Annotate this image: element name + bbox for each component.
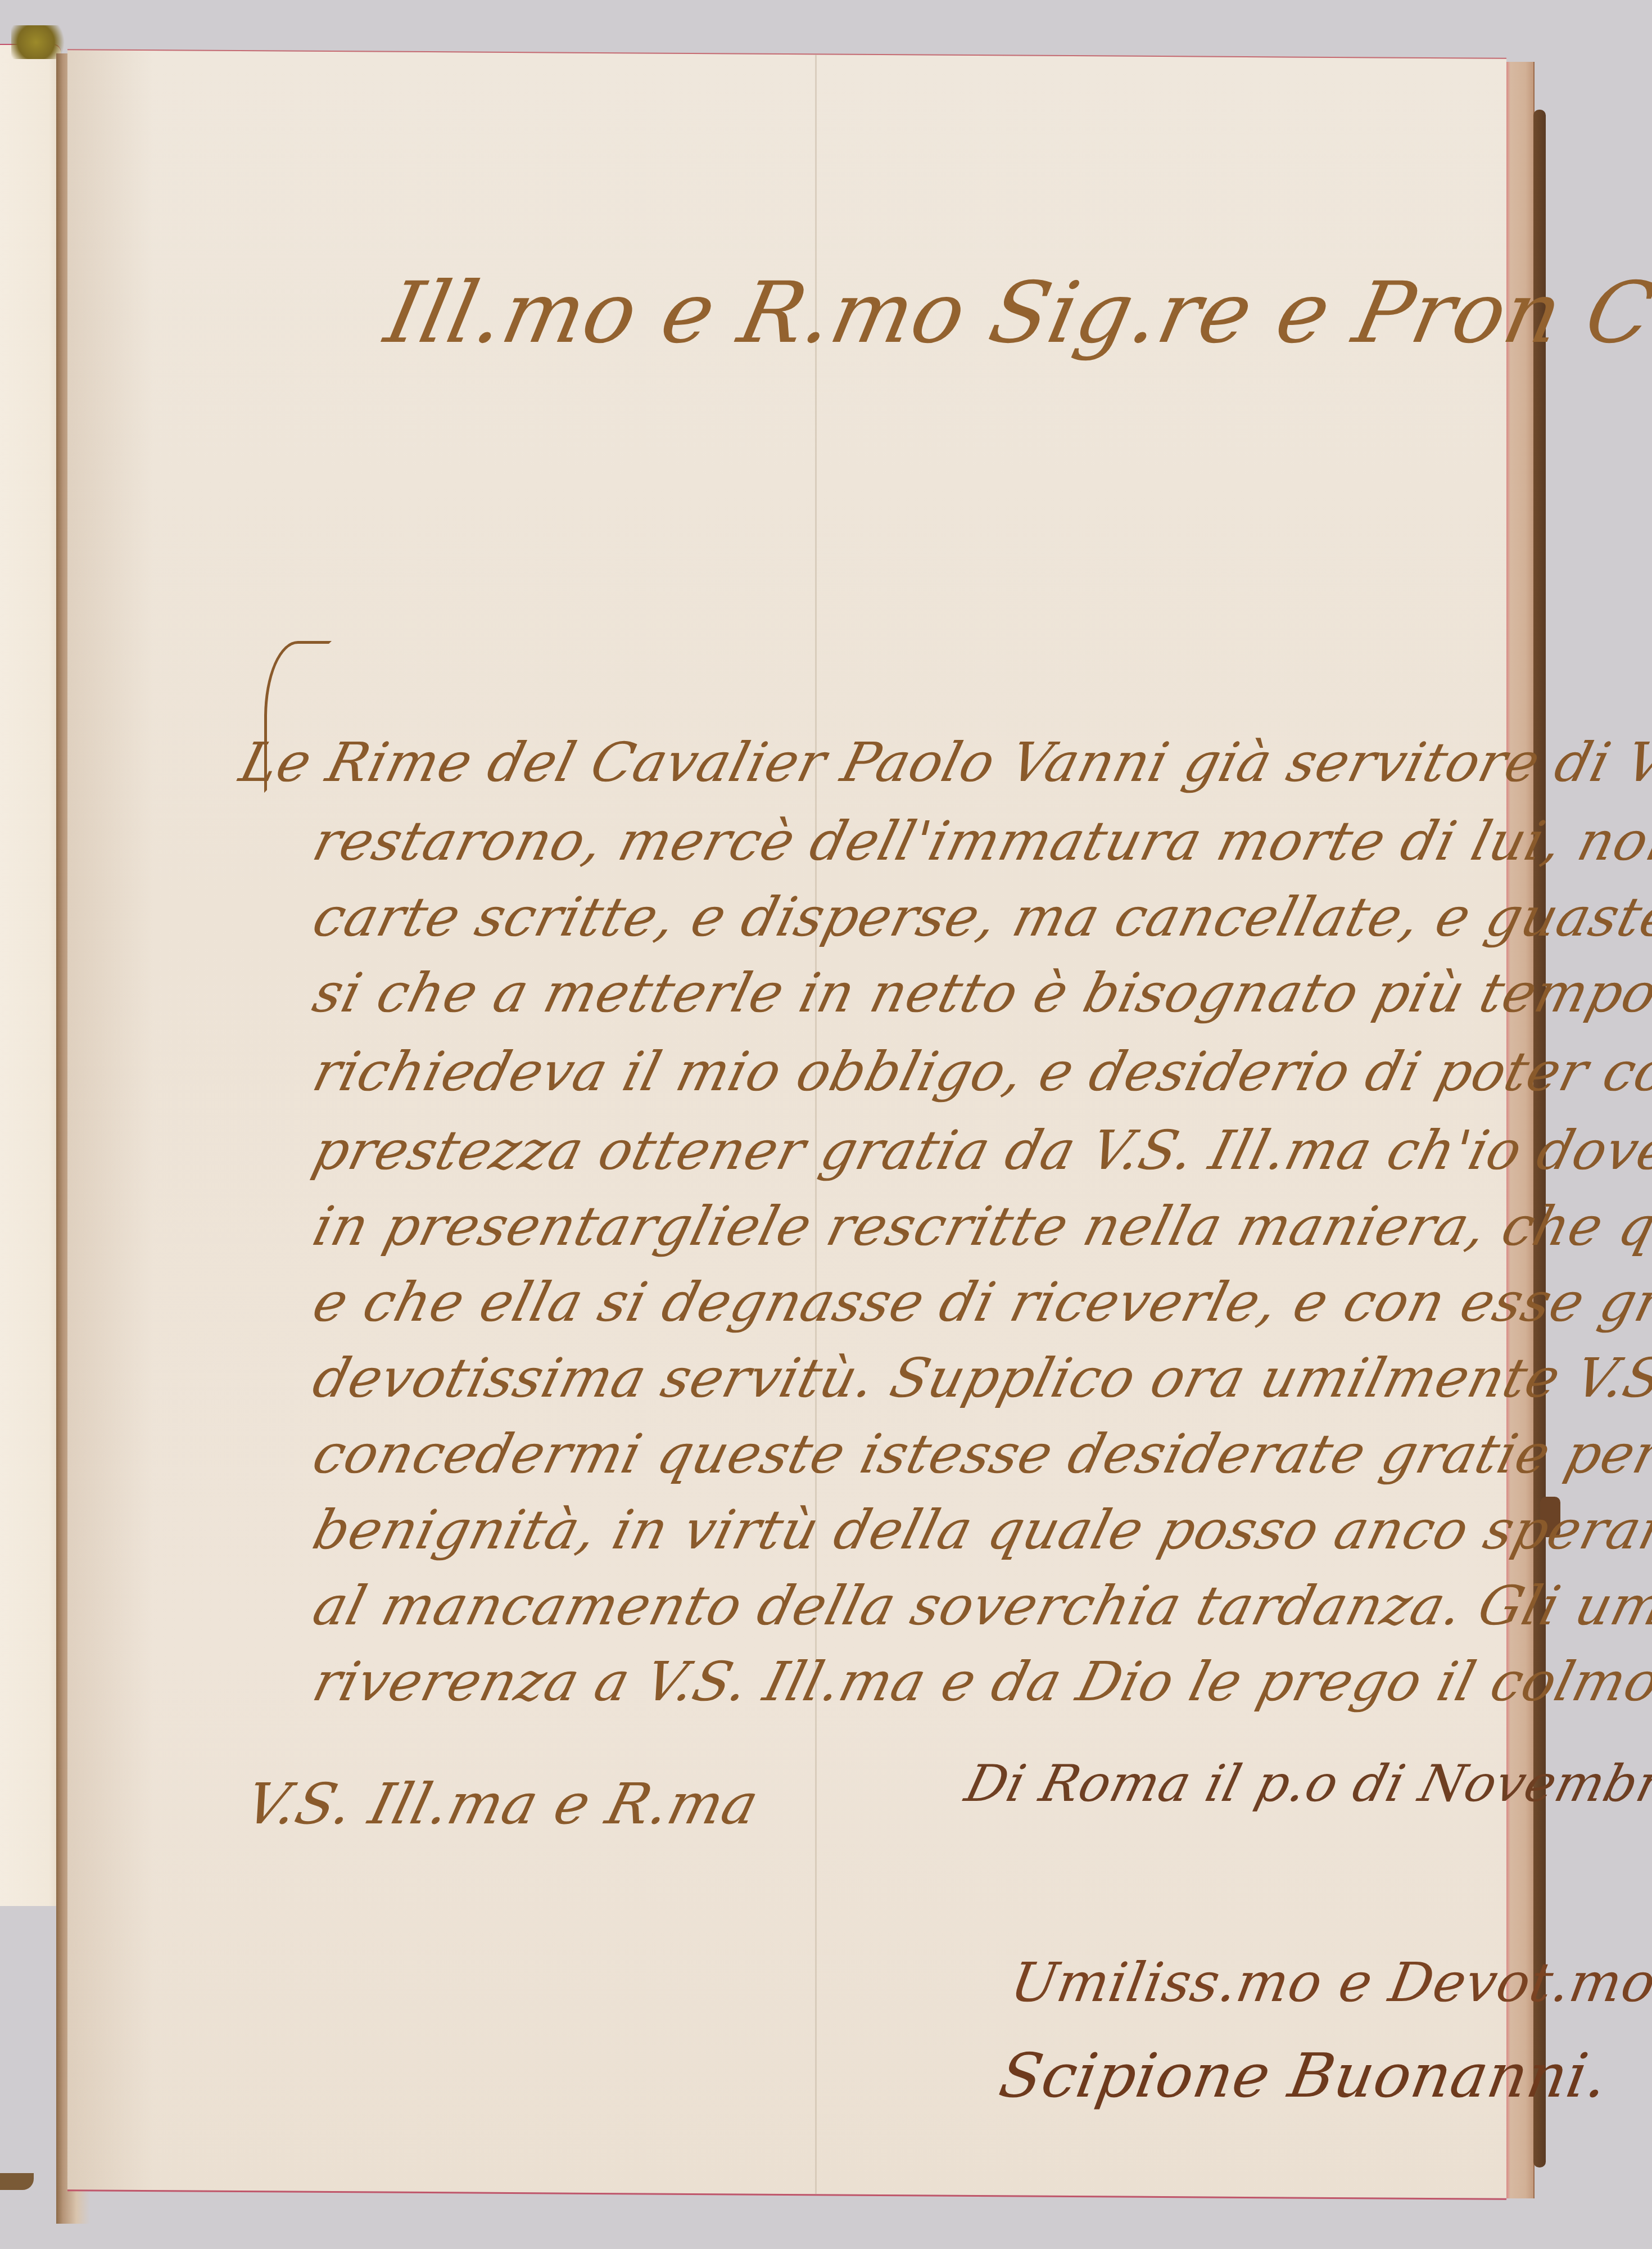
body-line-4: si che a metterle in netto è bisognato p… — [307, 961, 1652, 1024]
closing-address: V.S. Ill.ma e R.ma — [239, 1771, 765, 1837]
body-line-6: prestezza ottener gratia da V.S. Ill.ma … — [307, 1119, 1652, 1182]
left-facing-page — [0, 44, 61, 1906]
body-line-5: richiedeva il mio obbligo, e desiderio d… — [307, 1040, 1652, 1103]
salutation: Ill.mo e R.mo Sig.re e Pron Col.mo — [378, 264, 1652, 362]
body-line-2: restarono, mercè dell'immatura morte di … — [307, 810, 1652, 873]
left-cover-corner — [0, 2173, 34, 2190]
body-line-12: al mancamento della soverchia tardanza. … — [307, 1574, 1652, 1637]
body-line-7: in presentargliele rescritte nella manie… — [307, 1195, 1652, 1258]
dateline: Di Roma il p.o di Novembre 1613 — [959, 1754, 1652, 1813]
signature-name: Scipione Buonanni. — [994, 2041, 1613, 2111]
body-line-10: concedermi queste istesse desiderate gra… — [307, 1422, 1652, 1485]
body-line-9: devotissima servitù. Supplico ora umilme… — [307, 1347, 1652, 1410]
signature-title: Umiliss.mo e Devot.mo Servo — [1006, 1951, 1652, 2014]
body-line-3: carte scritte, e disperse, ma cancellate… — [307, 886, 1652, 949]
body-line-1: Le Rime del Cavalier Paolo Vanni già ser… — [234, 731, 1652, 794]
body-line-13: riverenza a V.S. Ill.ma e da Dio le preg… — [307, 1650, 1652, 1713]
body-line-8: e che ella si degnasse di riceverle, e c… — [307, 1271, 1652, 1334]
body-line-11: benignità, in virtù della quale posso an… — [307, 1498, 1652, 1561]
